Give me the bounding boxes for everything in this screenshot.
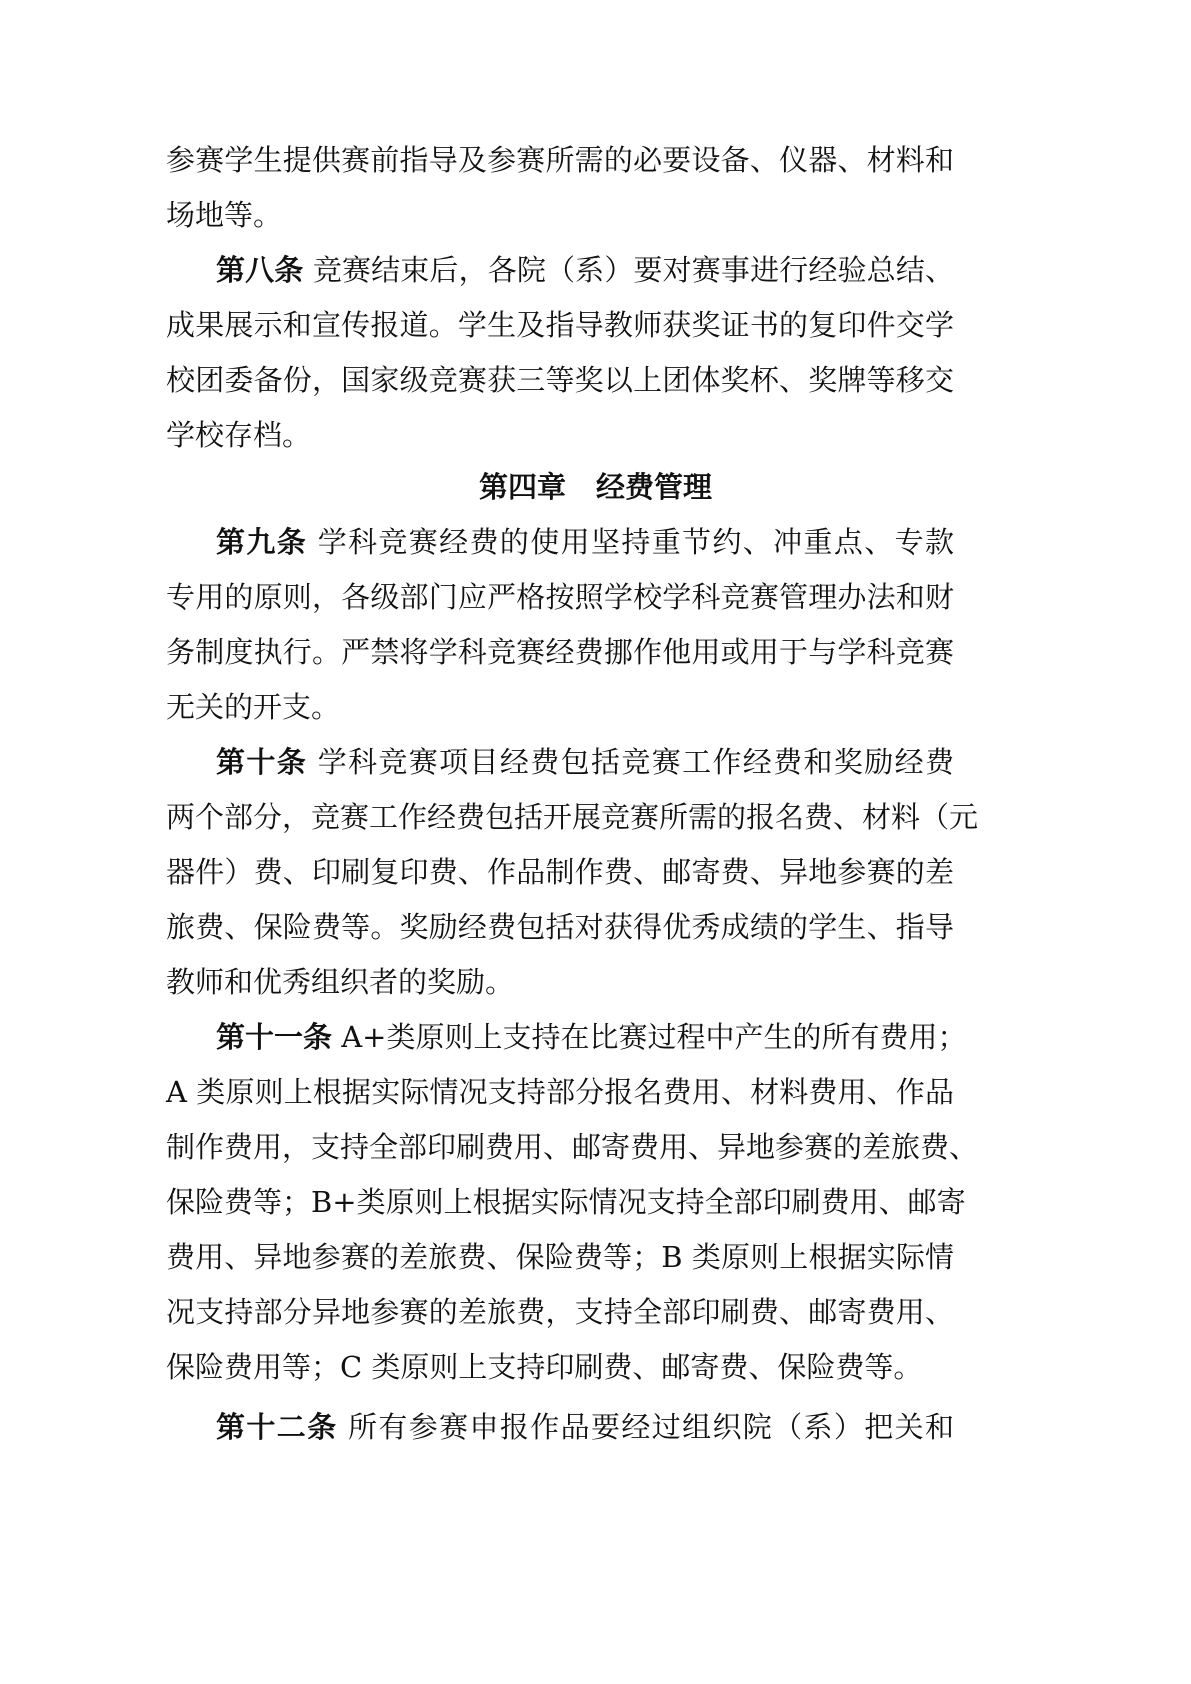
paragraph-line: 器件）费、印刷复印费、作品制作费、邮寄费、异地参赛的差 [166,852,954,892]
paragraph-line: 保险费用等；C 类原则上支持印刷费、邮寄费、保险费等。 [166,1347,954,1387]
paragraph-line: 专用的原则，各级部门应严格按照学校学科竞赛管理办法和财 [166,577,954,617]
paragraph-line: A 类原则上根据实际情况支持部分报名费用、材料费用、作品 [166,1072,954,1112]
article-9-label: 第九条 [216,525,307,559]
paragraph-line: 两个部分，竞赛工作经费包括开展竞赛所需的报名费、材料（元 [166,797,954,837]
article-8-label: 第八条 [216,253,303,287]
chapter-title: 经费管理 [596,470,712,504]
article-8-text: 竞赛结束后，各院（系）要对赛事进行经验总结、 [313,253,954,287]
chapter-number: 第四章 [479,470,566,504]
paragraph-line: 况支持部分异地参赛的差旅费，支持全部印刷费、邮寄费用、 [166,1292,954,1332]
article-11-text: A+类原则上支持在比赛过程中产生的所有费用； [341,1020,966,1054]
paragraph-line: 学校存档。 [166,415,954,455]
paragraph-line: 费用、异地参赛的差旅费、保险费等；B 类原则上根据实际情 [166,1237,954,1277]
article-9-line-1: 第九条 学科竞赛经费的使用坚持重节约、冲重点、专款 [216,522,954,562]
article-8-line-1: 第八条 竞赛结束后，各院（系）要对赛事进行经验总结、 [216,250,954,290]
paragraph-line: 成果展示和宣传报道。学生及指导教师获奖证书的复印件交学 [166,305,954,345]
paragraph-line: 旅费、保险费等。奖励经费包括对获得优秀成绩的学生、指导 [166,907,954,947]
article-12-line-1: 第十二条 所有参赛申报作品要经过组织院（系）把关和 [216,1407,954,1447]
article-11-line-1: 第十一条 A+类原则上支持在比赛过程中产生的所有费用； [216,1017,954,1057]
chapter-heading: 第四章经费管理 [0,467,1191,507]
article-9-text: 学科竞赛经费的使用坚持重节约、冲重点、专款 [318,525,954,559]
article-10-label: 第十条 [216,745,307,779]
paragraph-line: 务制度执行。严禁将学科竞赛经费挪作他用或用于与学科竞赛 [166,632,954,672]
paragraph-line: 场地等。 [166,195,954,235]
paragraph-line: 保险费等；B+类原则上根据实际情况支持全部印刷费用、邮寄 [166,1182,954,1222]
article-10-line-1: 第十条 学科竞赛项目经费包括竞赛工作经费和奖励经费 [216,742,954,782]
paragraph-line: 无关的开支。 [166,687,954,727]
article-11-label: 第十一条 [216,1020,332,1054]
paragraph-line: 制作费用，支持全部印刷费用、邮寄费用、异地参赛的差旅费、 [166,1127,954,1167]
paragraph-line: 教师和优秀组织者的奖励。 [166,962,954,1002]
paragraph-line: 参赛学生提供赛前指导及参赛所需的必要设备、仪器、材料和 [166,140,954,180]
article-12-label: 第十二条 [216,1410,337,1444]
article-10-text: 学科竞赛项目经费包括竞赛工作经费和奖励经费 [318,745,954,779]
article-12-text: 所有参赛申报作品要经过组织院（系）把关和 [348,1410,954,1444]
document-page: 参赛学生提供赛前指导及参赛所需的必要设备、仪器、材料和 场地等。 第八条 竞赛结… [0,0,1191,1684]
paragraph-line: 校团委备份，国家级竞赛获三等奖以上团体奖杯、奖牌等移交 [166,360,954,400]
